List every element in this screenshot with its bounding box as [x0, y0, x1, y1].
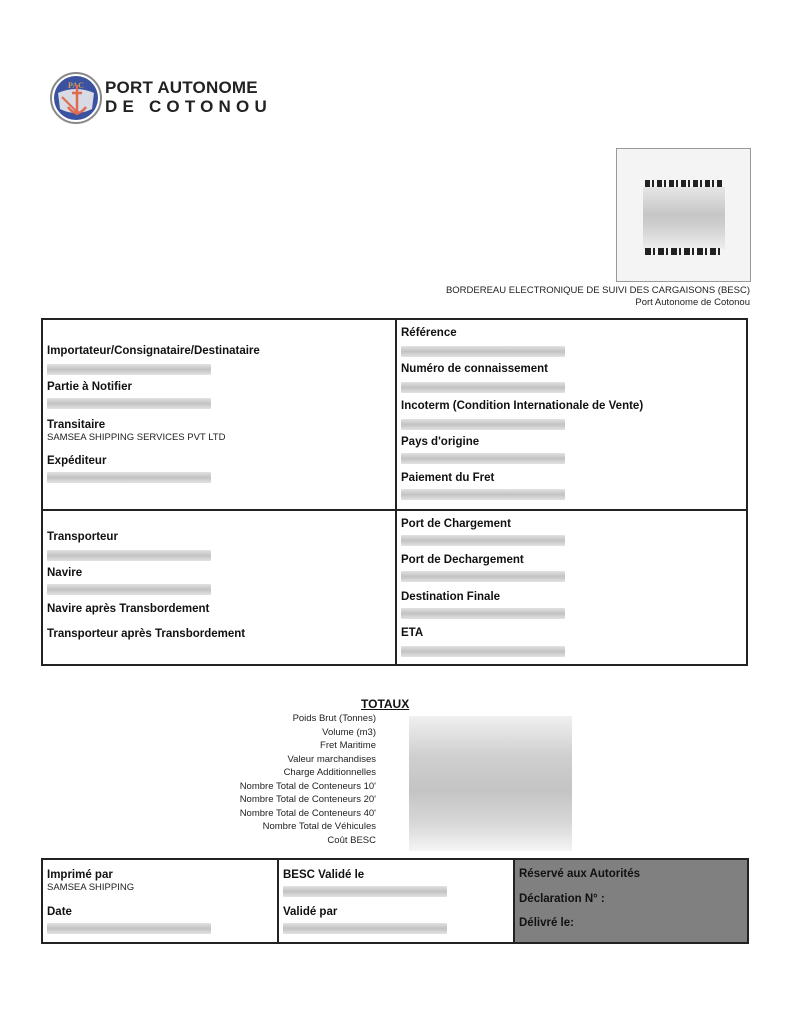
totals-title: TOTAUX — [361, 697, 409, 711]
eta-field: ETA — [401, 627, 565, 657]
declaration-field: Déclaration N° : — [519, 893, 605, 906]
printed-by-field: Imprimé par SAMSEA SHIPPING — [47, 869, 134, 893]
incoterm-field: Incoterm (Condition Internationale de Ve… — [401, 400, 643, 430]
totals-row: Volume (m3) — [240, 726, 376, 740]
forwarder-label: Transitaire — [47, 419, 225, 432]
totals-row: Nombre Total de Conteneurs 40' — [240, 807, 376, 821]
freight-payment-label: Paiement du Fret — [401, 472, 565, 485]
final-destination-label: Destination Finale — [401, 591, 565, 604]
validated-on-label: BESC Validé le — [283, 869, 447, 882]
carrier-after-transshipment-field: Transporteur après Transbordement — [47, 628, 245, 641]
shipper-field: Expéditeur — [47, 455, 211, 483]
logo-line-2: DE COTONOU — [105, 97, 272, 116]
notify-party-field: Partie à Notifier — [47, 381, 211, 409]
origin-country-value-redacted — [401, 453, 565, 464]
shipper-value-redacted — [47, 472, 211, 483]
origin-country-field: Pays d'origine — [401, 436, 565, 464]
validated-on-field: BESC Validé le — [283, 869, 447, 897]
validated-on-value-redacted — [283, 886, 447, 897]
importer-ghost-text — [47, 358, 260, 363]
vessel-field: Navire — [47, 567, 211, 595]
authorities-label-field: Réservé aux Autorités — [519, 868, 640, 881]
reference-value-redacted — [401, 346, 565, 357]
printed-by-column: Imprimé par SAMSEA SHIPPING Date — [43, 860, 279, 942]
printed-by-label: Imprimé par — [47, 869, 134, 882]
carrier-label: Transporteur — [47, 531, 211, 544]
transport-section: Transporteur Navire Navire après Transbo… — [41, 509, 748, 666]
shipper-label: Expéditeur — [47, 455, 211, 468]
date-field: Date — [47, 906, 211, 934]
totals-labels: Poids Brut (Tonnes) Volume (m3) Fret Mar… — [240, 712, 376, 847]
parties-column: Importateur/Consignataire/Destinataire P… — [43, 320, 397, 509]
eta-label: ETA — [401, 627, 565, 640]
delivered-field: Délivré le: — [519, 917, 574, 930]
notify-party-value-redacted — [47, 398, 211, 409]
bill-of-lading-value-redacted — [401, 382, 565, 393]
logo-line-1: PORT AUTONOME — [105, 79, 272, 97]
carrier-ghost-text — [47, 544, 211, 549]
date-value-redacted — [47, 923, 211, 934]
validation-column: BESC Validé le Validé par — [279, 860, 515, 942]
eta-value-redacted — [401, 646, 565, 657]
incoterm-value-redacted — [401, 419, 565, 430]
freight-payment-value-redacted — [401, 489, 565, 500]
loading-port-value-redacted — [401, 535, 565, 546]
printed-by-value: SAMSEA SHIPPING — [47, 882, 134, 893]
carrier-value-redacted — [47, 550, 211, 561]
vessel-after-transshipment-label: Navire après Transbordement — [47, 603, 209, 616]
totals-row: Poids Brut (Tonnes) — [240, 712, 376, 726]
forwarder-field: Transitaire SAMSEA SHIPPING SERVICES PVT… — [47, 419, 225, 443]
totals-row: Nombre Total de Conteneurs 10' — [240, 780, 376, 794]
forwarder-value: SAMSEA SHIPPING SERVICES PVT LTD — [47, 432, 225, 443]
carrier-field: Transporteur — [47, 531, 211, 561]
incoterm-label: Incoterm (Condition Internationale de Ve… — [401, 400, 643, 413]
importer-field: Importateur/Consignataire/Destinataire — [47, 345, 260, 375]
validated-by-label: Validé par — [283, 906, 447, 919]
loading-port-field: Port de Chargement — [401, 518, 565, 546]
final-destination-value-redacted — [401, 608, 565, 619]
totals-row: Fret Maritime — [240, 739, 376, 753]
reference-field: Référence — [401, 327, 565, 357]
final-destination-field: Destination Finale — [401, 591, 565, 619]
qr-code-icon — [616, 148, 751, 282]
parties-section: Importateur/Consignataire/Destinataire P… — [41, 318, 748, 511]
loading-port-label: Port de Chargement — [401, 518, 565, 531]
totals-row: Charge Additionnelles — [240, 766, 376, 780]
document-title-main: BORDEREAU ELECTRONIQUE DE SUIVI DES CARG… — [446, 285, 750, 297]
validated-by-field: Validé par — [283, 906, 447, 934]
declaration-label: Déclaration N° : — [519, 893, 605, 906]
reference-label: Référence — [401, 327, 565, 340]
document-title: BORDEREAU ELECTRONIQUE DE SUIVI DES CARG… — [446, 285, 750, 309]
totals-row: Nombre Total de Véhicules — [240, 820, 376, 834]
authorities-label: Réservé aux Autorités — [519, 868, 640, 881]
delivered-label: Délivré le: — [519, 917, 574, 930]
origin-country-label: Pays d'origine — [401, 436, 565, 449]
discharge-port-field: Port de Dechargement — [401, 554, 565, 582]
validated-by-value-redacted — [283, 923, 447, 934]
importer-label: Importateur/Consignataire/Destinataire — [47, 345, 260, 358]
vessel-after-transshipment-field: Navire après Transbordement — [47, 603, 209, 616]
discharge-port-value-redacted — [401, 571, 565, 582]
vessel-label: Navire — [47, 567, 211, 580]
date-label: Date — [47, 906, 211, 919]
document-title-sub: Port Autonome de Cotonou — [446, 297, 750, 309]
bill-of-lading-field: Numéro de connaissement — [401, 363, 565, 393]
notify-party-label: Partie à Notifier — [47, 381, 211, 394]
authorities-box: Réservé aux Autorités Déclaration N° : D… — [515, 860, 747, 942]
eta-ghost-text — [401, 640, 565, 645]
discharge-port-label: Port de Dechargement — [401, 554, 565, 567]
carrier-after-transshipment-label: Transporteur après Transbordement — [47, 628, 245, 641]
importer-value-redacted — [47, 364, 211, 375]
port-anchor-emblem-icon: PAC — [48, 71, 104, 125]
freight-payment-field: Paiement du Fret — [401, 472, 565, 500]
totals-values-redacted — [409, 716, 572, 851]
ports-column: Port de Chargement Port de Dechargement … — [397, 511, 746, 664]
bill-of-lading-label: Numéro de connaissement — [401, 363, 565, 376]
totals-row: Coût BESC — [240, 834, 376, 848]
transport-column: Transporteur Navire Navire après Transbo… — [43, 511, 397, 664]
reference-ghost-text — [401, 340, 565, 345]
totals-row: Valeur marchandises — [240, 753, 376, 767]
footer-section: Imprimé par SAMSEA SHIPPING Date BESC Va… — [41, 858, 749, 944]
logo-wordmark: PORT AUTONOME DE COTONOU — [105, 79, 272, 116]
totals-row: Nombre Total de Conteneurs 20' — [240, 793, 376, 807]
references-column: Référence Numéro de connaissement Incote… — [397, 320, 746, 509]
bill-of-lading-ghost-text — [401, 376, 565, 381]
incoterm-ghost-text — [401, 413, 643, 418]
vessel-value-redacted — [47, 584, 211, 595]
